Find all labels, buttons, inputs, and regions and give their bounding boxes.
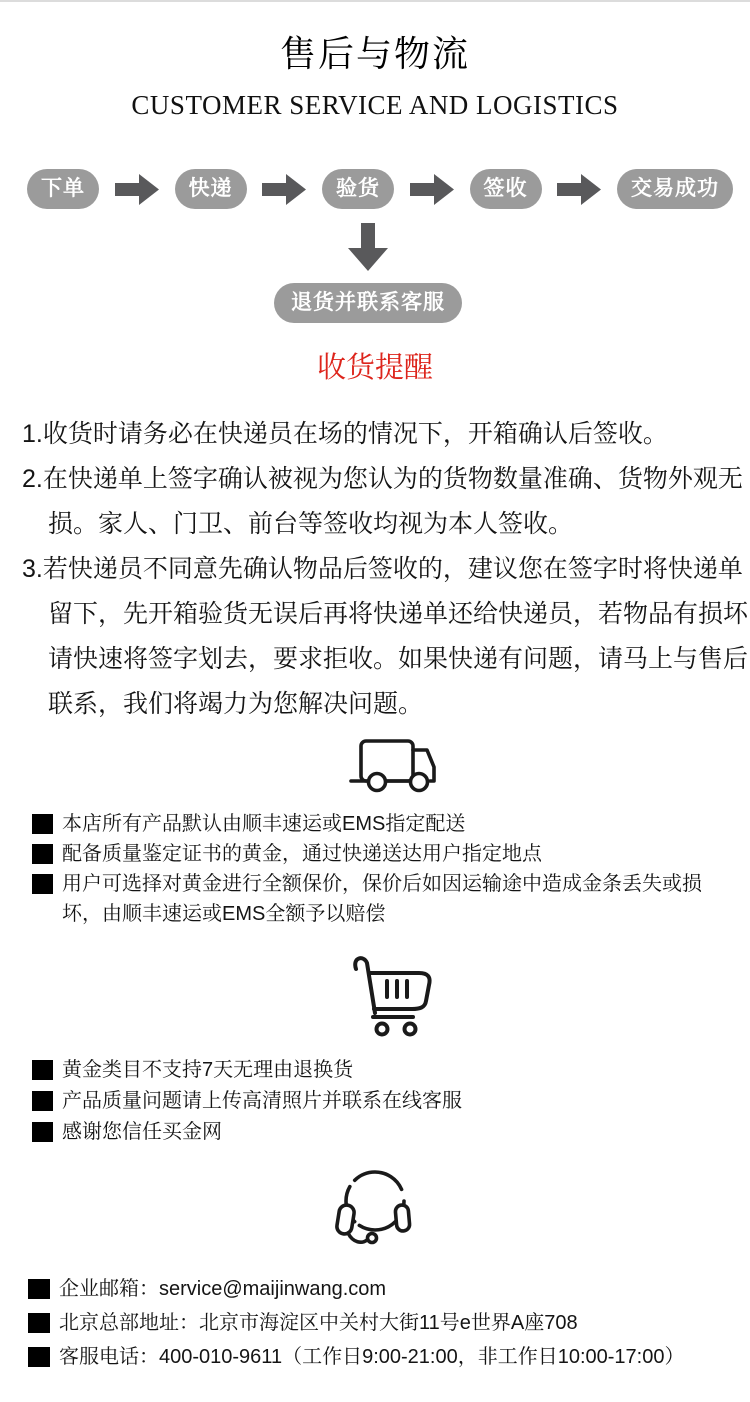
arrow-right-icon bbox=[557, 174, 601, 205]
shipping-item: 配备质量鉴定证书的黄金，通过快递送达用户指定地点 bbox=[32, 839, 732, 869]
flow-step-place-order: 下单 bbox=[27, 169, 99, 209]
headset-icon bbox=[0, 1167, 750, 1253]
notice-item-1: 1.收货时请务必在快递员在场的情况下，开箱确认后签收。 bbox=[22, 412, 750, 457]
arrow-down-icon bbox=[348, 223, 388, 271]
square-bullet-icon bbox=[28, 1347, 50, 1367]
notice-item-3: 3.若快递员不同意先确认物品后签收的，建议您在签字时将快递单留下，先开箱验货无误… bbox=[22, 547, 750, 727]
flow-step-sign: 签收 bbox=[470, 169, 542, 209]
contact-email-text: 企业邮箱：service@maijinwang.com bbox=[59, 1272, 386, 1306]
flow-step-inspect: 验货 bbox=[322, 169, 394, 209]
return-policy-item: 感谢您信任买金网 bbox=[32, 1117, 732, 1148]
notice-item-2: 2.在快递单上签字确认被视为您认为的货物数量准确、货物外观无损。家人、门卫、前台… bbox=[22, 457, 750, 547]
return-policy-list: 黄金类目不支持7天无理由退换货 产品质量问题请上传高清照片并联系在线客服 感谢您… bbox=[32, 1055, 732, 1148]
contact-phone-row: 客服电话：400-010-9611（工作日9:00-21:00，非工作日10:0… bbox=[28, 1340, 744, 1374]
inspection-branch: 退货并联系客服 bbox=[0, 223, 743, 323]
square-bullet-icon bbox=[32, 1091, 53, 1111]
page-subtitle: CUSTOMER SERVICE AND LOGISTICS bbox=[0, 88, 750, 122]
square-bullet-icon bbox=[32, 844, 53, 864]
square-bullet-icon bbox=[32, 1060, 53, 1080]
flow-step-courier: 快递 bbox=[175, 169, 247, 209]
customer-service-page: 售后与物流 CUSTOMER SERVICE AND LOGISTICS 下单 … bbox=[0, 32, 750, 1374]
return-and-contact-pill: 退货并联系客服 bbox=[274, 283, 462, 323]
contact-info-list: 企业邮箱：service@maijinwang.com 北京总部地址：北京市海淀… bbox=[28, 1272, 744, 1374]
contact-address-row: 北京总部地址：北京市海淀区中关村大街11号e世界A座708 bbox=[28, 1306, 744, 1340]
contact-phone-text: 客服电话：400-010-9611（工作日9:00-21:00，非工作日10:0… bbox=[59, 1340, 684, 1374]
shipping-item: 用户可选择对黄金进行全额保价，保价后如因运输途中造成金条丢失或损坏，由顺丰速运或… bbox=[32, 869, 732, 929]
reminder-heading: 收货提醒 bbox=[0, 350, 750, 386]
return-policy-item-text: 感谢您信任买金网 bbox=[62, 1117, 222, 1148]
return-policy-item-text: 产品质量问题请上传高清照片并联系在线客服 bbox=[62, 1086, 462, 1117]
cart-icon bbox=[19, 955, 750, 1037]
square-bullet-icon bbox=[28, 1313, 50, 1333]
shipping-item-text: 用户可选择对黄金进行全额保价，保价后如因运输途中造成金条丢失或损坏，由顺丰速运或… bbox=[62, 869, 732, 929]
return-policy-item: 黄金类目不支持7天无理由退换货 bbox=[32, 1055, 732, 1086]
receiving-notice-list: 1.收货时请务必在快递员在场的情况下，开箱确认后签收。 2.在快递单上签字确认被… bbox=[22, 412, 750, 727]
shipping-item: 本店所有产品默认由顺丰速运或EMS指定配送 bbox=[32, 809, 732, 839]
contact-address-text: 北京总部地址：北京市海淀区中关村大街11号e世界A座708 bbox=[59, 1306, 578, 1340]
return-policy-item: 产品质量问题请上传高清照片并联系在线客服 bbox=[32, 1086, 732, 1117]
square-bullet-icon bbox=[28, 1279, 50, 1299]
order-flow-diagram: 下单 快递 验货 签收 交易成功 bbox=[27, 169, 733, 209]
square-bullet-icon bbox=[32, 874, 53, 894]
arrow-right-icon bbox=[115, 174, 159, 205]
shipping-item-text: 配备质量鉴定证书的黄金，通过快递送达用户指定地点 bbox=[62, 839, 542, 869]
square-bullet-icon bbox=[32, 1122, 53, 1142]
contact-email-row: 企业邮箱：service@maijinwang.com bbox=[28, 1272, 744, 1306]
shipping-list: 本店所有产品默认由顺丰速运或EMS指定配送 配备质量鉴定证书的黄金，通过快递送达… bbox=[32, 809, 732, 929]
arrow-right-icon bbox=[410, 174, 454, 205]
flow-step-success: 交易成功 bbox=[617, 169, 733, 209]
return-policy-item-text: 黄金类目不支持7天无理由退换货 bbox=[62, 1055, 353, 1086]
shipping-item-text: 本店所有产品默认由顺丰速运或EMS指定配送 bbox=[62, 809, 465, 839]
truck-icon bbox=[19, 738, 750, 794]
page-title: 售后与物流 bbox=[0, 32, 750, 75]
arrow-right-icon bbox=[262, 174, 306, 205]
square-bullet-icon bbox=[32, 814, 53, 834]
